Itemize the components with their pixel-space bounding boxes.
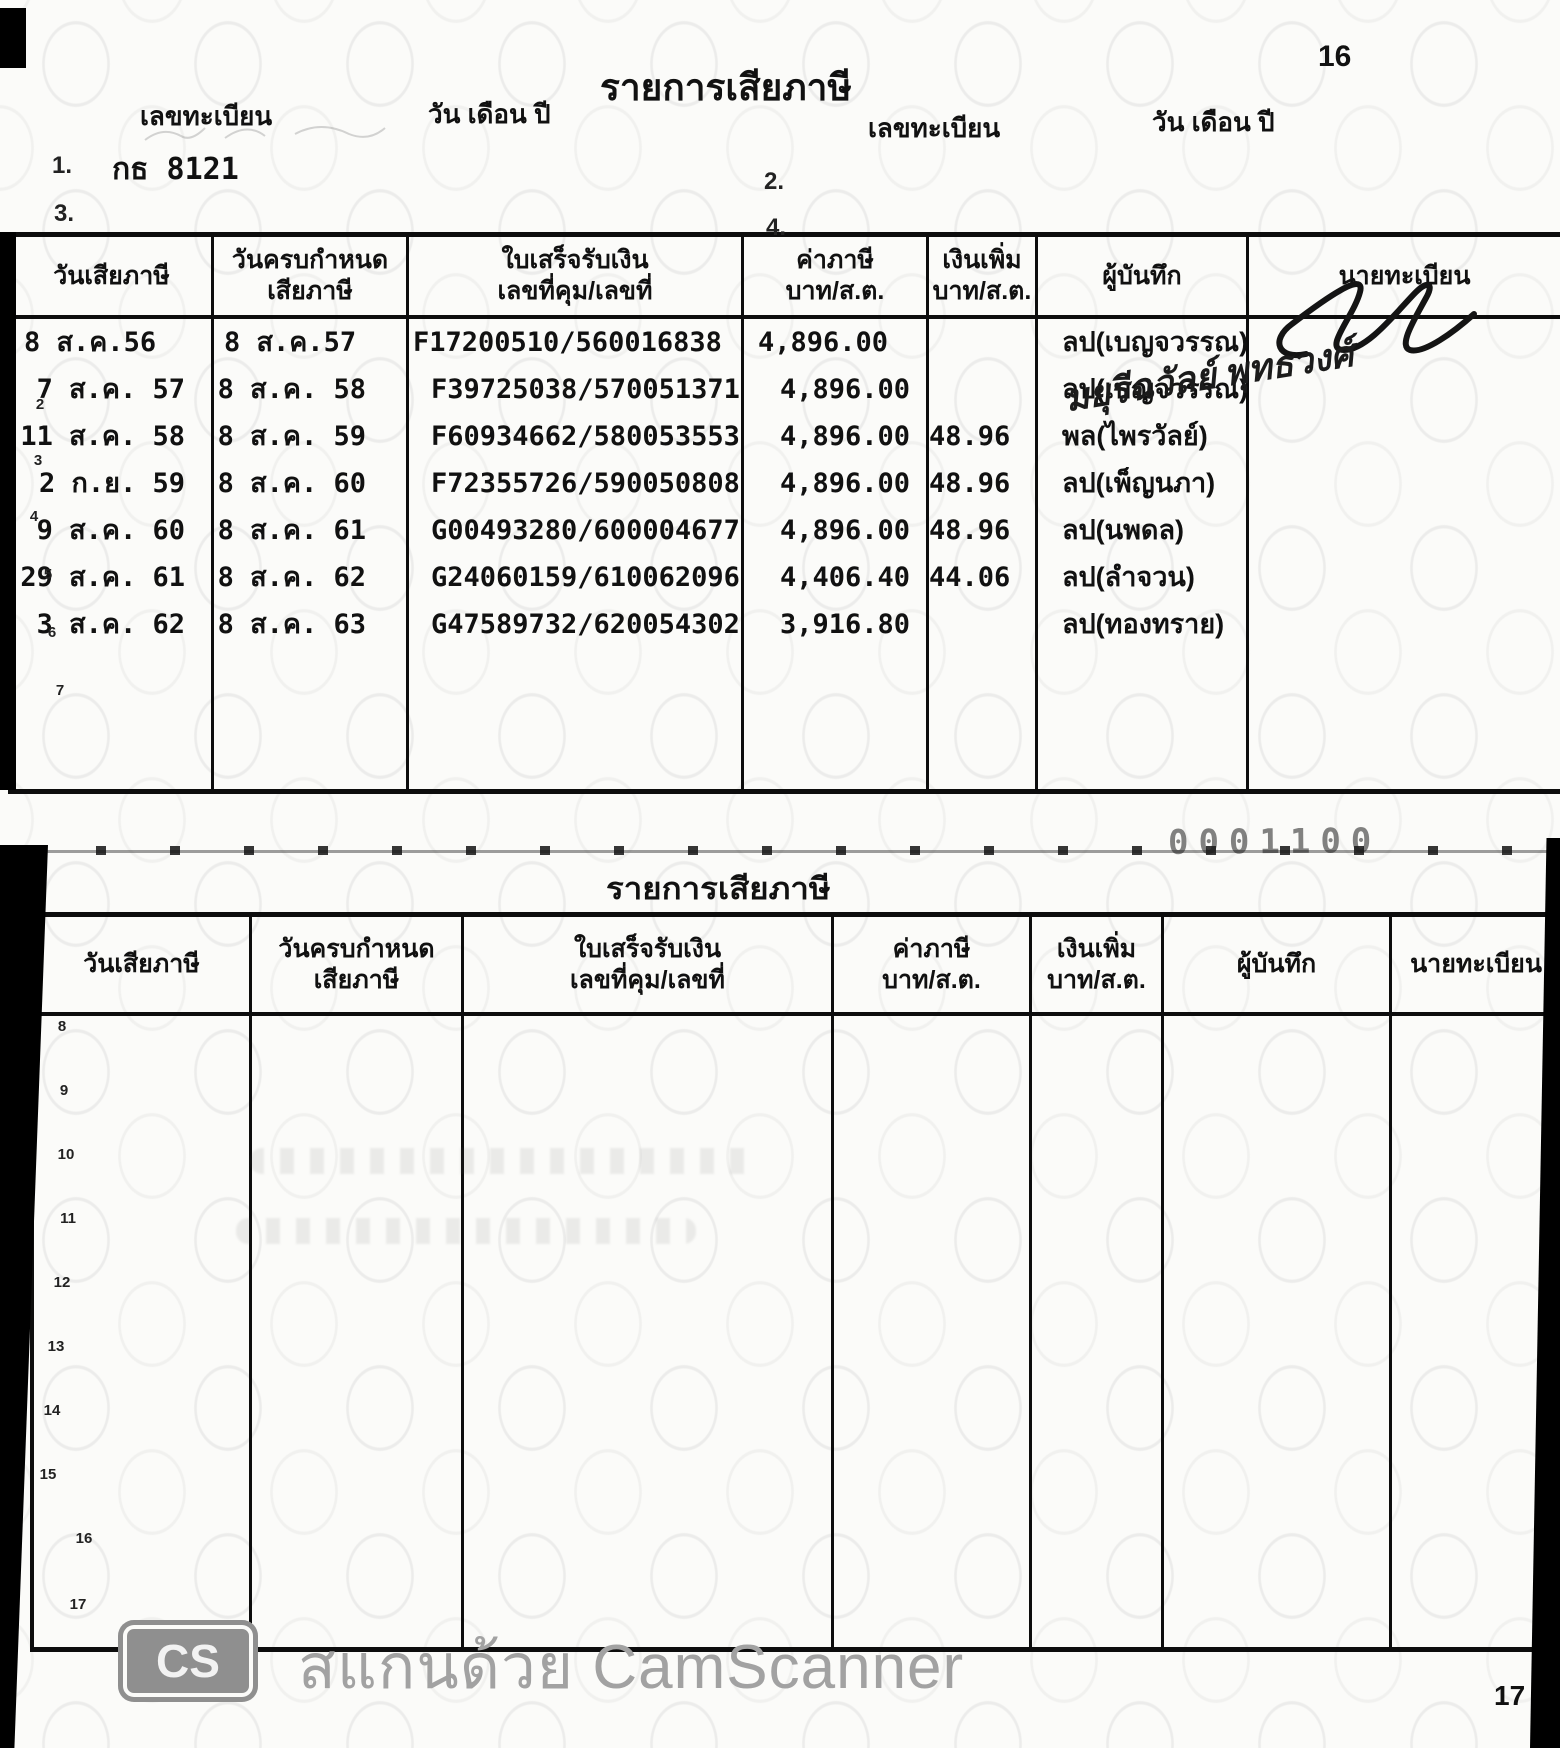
header-receipt-line1: ใบเสร็จรับเงิน	[501, 245, 648, 276]
header-due-date-line2: เสียภาษี	[314, 965, 399, 996]
tax-payment-table-bottom: วันเสียภาษี วันครบกำหนดเสียภาษี ใบเสร็จร…	[30, 912, 1560, 1652]
table-cell: 48.96	[929, 460, 1038, 507]
header-recorder-label: ผู้บันทึก	[1237, 949, 1316, 980]
table-cell	[744, 648, 929, 789]
table-cell	[409, 648, 744, 789]
table-cell	[929, 648, 1038, 789]
table-cell	[1038, 648, 1249, 789]
margin-row-number: 10	[46, 1146, 86, 1163]
margin-row-number: 11	[48, 1210, 88, 1227]
date-label-left: วัน เดือน ปี	[428, 94, 550, 135]
faint-serial-number: 0001100	[1168, 821, 1382, 863]
table-cell: 8 ส.ค. 62	[214, 554, 409, 601]
table-cell: 3,916.80	[744, 601, 929, 648]
item-4-number: 4.	[766, 214, 786, 242]
header-due-date-line2: เสียภาษี	[267, 276, 352, 307]
table-cell: 4,896.00	[744, 319, 929, 366]
table-cell: 8 ส.ค.56	[12, 319, 214, 366]
margin-row-number: 15	[28, 1466, 68, 1483]
scanned-tax-record-page: 16 รายการเสียภาษี เลขทะเบียน วัน เดือน ป…	[0, 0, 1560, 1748]
table-cell	[1249, 648, 1560, 789]
margin-row-number: 9	[44, 1082, 84, 1099]
margin-row-number: 3	[18, 452, 58, 469]
header-recorder: ผู้บันทึก	[1164, 917, 1392, 1016]
table-cell	[1249, 413, 1560, 460]
header-due-date: วันครบกำหนดเสียภาษี	[214, 237, 409, 319]
header-due-date-line1: วันครบกำหนด	[232, 245, 388, 276]
header-surcharge-line2: บาท/ส.ต.	[933, 276, 1032, 307]
table-cell: 4,896.00	[744, 460, 929, 507]
item-1-number: 1.	[52, 152, 72, 180]
header-surcharge-line2: บาท/ส.ต.	[1047, 965, 1146, 996]
table-cell: 8 ส.ค. 63	[214, 601, 409, 648]
header-receipt: ใบเสร็จรับเงินเลขที่คุม/เลขที่	[409, 237, 744, 319]
table-cell: F60934662/580053553	[409, 413, 744, 460]
table-cell: 4,896.00	[744, 507, 929, 554]
header-tax-date: วันเสียภาษี	[34, 917, 252, 1016]
header-surcharge: เงินเพิ่มบาท/ส.ต.	[929, 237, 1038, 319]
header-tax-date-label: วันเสียภาษี	[53, 261, 170, 292]
page-title-bottom: รายการเสียภาษี	[606, 864, 831, 913]
header-recorder-label: ผู้บันทึก	[1102, 261, 1181, 292]
table-cell: 44.06	[929, 554, 1038, 601]
table-cell: 8 ส.ค.57	[214, 319, 409, 366]
table-cell	[834, 1016, 1032, 1647]
table-cell	[1032, 1016, 1164, 1647]
date-label-right: วัน เดือน ปี	[1152, 102, 1274, 143]
item-2-number: 2.	[764, 168, 784, 196]
header-surcharge-line1: เงินเพิ่ม	[942, 245, 1021, 276]
item-3-number: 3.	[54, 200, 74, 228]
table-cell	[1249, 554, 1560, 601]
header-tax-amount-line1: ค่าภาษี	[893, 934, 971, 965]
margin-row-number: 12	[42, 1274, 82, 1291]
table-cell: ลป(นพดล)	[1038, 507, 1249, 554]
table-cell: ลป(เพ็ญนภา)	[1038, 460, 1249, 507]
table-cell: 8 ส.ค. 58	[214, 366, 409, 413]
header-tax-date: วันเสียภาษี	[12, 237, 214, 319]
bleed-through-marks	[250, 1148, 760, 1174]
table-cell: 8 ส.ค. 60	[214, 460, 409, 507]
header-registrar: นายทะเบียน	[1392, 917, 1560, 1016]
margin-row-number: 13	[36, 1338, 76, 1355]
table-cell	[214, 648, 409, 789]
header-surcharge-line1: เงินเพิ่ม	[1057, 934, 1136, 965]
page-title-top: รายการเสียภาษี	[600, 58, 852, 117]
table-cell	[1249, 460, 1560, 507]
table-cell: 4,896.00	[744, 366, 929, 413]
scan-edge-artifact	[0, 8, 26, 68]
header-due-date-line1: วันครบกำหนด	[278, 934, 434, 965]
table-cell	[1249, 507, 1560, 554]
table-cell: ลป(ลำจวน)	[1038, 554, 1249, 601]
header-surcharge: เงินเพิ่มบาท/ส.ต.	[1032, 917, 1164, 1016]
table-cell	[929, 366, 1038, 413]
table-cell	[1249, 601, 1560, 648]
registration-number-label-left: เลขทะเบียน	[140, 96, 272, 137]
header-receipt: ใบเสร็จรับเงินเลขที่คุม/เลขที่	[464, 917, 834, 1016]
header-registrar-label: นายทะเบียน	[1410, 949, 1542, 980]
table-cell	[34, 1016, 252, 1647]
header-tax-amount-line2: บาท/ส.ต.	[786, 276, 885, 307]
margin-row-number: 5	[28, 566, 68, 583]
margin-row-number: 16	[64, 1530, 104, 1547]
page-number-16: 16	[1318, 40, 1351, 74]
header-due-date: วันครบกำหนดเสียภาษี	[252, 917, 464, 1016]
table-cell: F72355726/590050808	[409, 460, 744, 507]
table-cell: 4,896.00	[744, 413, 929, 460]
margin-row-number: 7	[40, 682, 80, 699]
margin-row-number: 6	[32, 624, 72, 641]
scan-edge-artifact	[0, 232, 16, 790]
margin-row-number: 14	[32, 1402, 72, 1419]
table-cell	[12, 648, 214, 789]
header-tax-amount: ค่าภาษีบาท/ส.ต.	[834, 917, 1032, 1016]
table-cell: 48.96	[929, 413, 1038, 460]
table-cell	[929, 319, 1038, 366]
header-receipt-line2: เลขที่คุม/เลขที่	[570, 965, 725, 996]
table-cell	[464, 1016, 834, 1647]
table-cell: F39725038/570051371	[409, 366, 744, 413]
table-cell: ลป(ทองทราย)	[1038, 601, 1249, 648]
camscanner-logo-icon: CS	[118, 1620, 258, 1702]
table-cell: G47589732/620054302	[409, 601, 744, 648]
header-tax-amount-line2: บาท/ส.ต.	[882, 965, 981, 996]
registration-number-value: กธ 8121	[112, 146, 239, 193]
table-cell: G00493280/600004677	[409, 507, 744, 554]
table-cell: 4,406.40	[744, 554, 929, 601]
header-recorder: ผู้บันทึก	[1038, 237, 1249, 319]
table-cell: 8 ส.ค. 61	[214, 507, 409, 554]
table-cell: 48.96	[929, 507, 1038, 554]
table-cell	[1164, 1016, 1392, 1647]
margin-row-number: 17	[58, 1596, 98, 1613]
header-tax-amount-line1: ค่าภาษี	[796, 245, 874, 276]
margin-row-number: 4	[14, 508, 54, 525]
header-receipt-line2: เลขที่คุม/เลขที่	[497, 276, 652, 307]
page-number-17: 17	[1494, 1680, 1525, 1712]
table-cell: G24060159/610062096	[409, 554, 744, 601]
table-cell: F17200510/560016838	[409, 319, 744, 366]
header-receipt-line1: ใบเสร็จรับเงิน	[574, 934, 721, 965]
header-tax-date-label: วันเสียภาษี	[83, 949, 200, 980]
header-tax-amount: ค่าภาษีบาท/ส.ต.	[744, 237, 929, 319]
table-cell	[252, 1016, 464, 1647]
camscanner-watermark-text: สแกนด้วย CamScanner	[298, 1618, 964, 1716]
registration-number-label-right: เลขทะเบียน	[868, 108, 1000, 149]
table-cell: 8 ส.ค. 59	[214, 413, 409, 460]
margin-row-number: 8	[42, 1018, 82, 1035]
table-cell	[929, 601, 1038, 648]
bleed-through-marks	[236, 1218, 696, 1244]
margin-row-number: 2	[20, 396, 60, 413]
